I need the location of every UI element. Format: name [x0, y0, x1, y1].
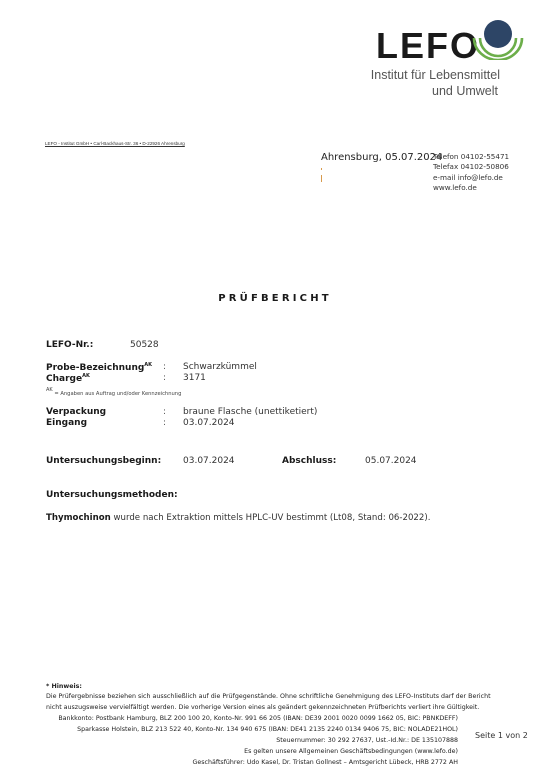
document-title: PRÜFBERICHT: [0, 293, 550, 304]
hinweis-line-2: nicht auszugsweise vervielfältigt werden…: [46, 702, 516, 713]
page-number: Seite 1 von 2: [475, 731, 528, 740]
beginn-value: 03.07.2024: [183, 456, 235, 466]
colon: :: [163, 362, 166, 372]
contact-fax: Telefax 04102-50806: [433, 162, 509, 172]
methoden-label: Untersuchungsmethoden:: [46, 490, 178, 500]
contact-website[interactable]: www.lefo.de: [433, 183, 509, 193]
mark-decoration: [321, 168, 322, 170]
ak-footnote: AK = Angaben aus Auftrag und/oder Kennze…: [46, 387, 181, 397]
sender-address-line: LEFO - Institut GmbH • Carl-Backhaus-Str…: [45, 141, 185, 146]
probe-label: Probe-BezeichnungAK: [46, 362, 152, 373]
abschluss-label: Abschluss:: [282, 456, 336, 466]
lefo-nr-label: LEFO-Nr.:: [46, 340, 93, 350]
agb-note: Es gelten unsere Allgemeinen Geschäftsbe…: [20, 746, 458, 757]
mark-decoration: [321, 175, 322, 182]
hinweis-line-1: Die Prüfergebnisse beziehen sich ausschl…: [46, 691, 516, 702]
contact-email[interactable]: e-mail info@lefo.de: [433, 173, 509, 183]
bank-sparkasse: Sparkasse Holstein, BLZ 213 522 40, Kont…: [20, 724, 458, 735]
colon: :: [163, 407, 166, 417]
verpackung-label: Verpackung: [46, 407, 106, 417]
logo-emblem-icon: [468, 18, 528, 60]
bank-postbank: Bankkonto: Postbank Hamburg, BLZ 200 100…: [20, 713, 458, 724]
tax-number: Steuernummer: 30 292 27637, Ust.-Id.Nr.:…: [20, 735, 458, 746]
abschluss-value: 05.07.2024: [365, 456, 417, 466]
city-date: Ahrensburg, 05.07.2024: [321, 152, 442, 163]
logo-wordmark: LEFO: [376, 26, 480, 66]
lefo-nr-value: 50528: [130, 340, 159, 350]
probe-value: Schwarzkümmel: [183, 362, 257, 372]
charge-label: ChargeAK: [46, 373, 90, 384]
management-note: Geschäftsführer: Udo Kasel, Dr. Tristan …: [20, 757, 458, 768]
contact-phone: Telefon 04102-55471: [433, 152, 509, 162]
logo-subtitle-1: Institut für Lebensmittel: [340, 67, 500, 83]
charge-value: 3171: [183, 373, 206, 383]
logo-subtitle-2: und Umwelt: [340, 83, 498, 99]
eingang-label: Eingang: [46, 418, 87, 428]
eingang-value: 03.07.2024: [183, 418, 235, 428]
beginn-label: Untersuchungsbeginn:: [46, 456, 161, 466]
methode-text: Thymochinon wurde nach Extraktion mittel…: [46, 513, 430, 523]
colon: :: [163, 418, 166, 428]
contact-block: Telefon 04102-55471 Telefax 04102-50806 …: [433, 152, 509, 193]
verpackung-value: braune Flasche (unettiketiert): [183, 407, 317, 417]
colon: :: [163, 373, 166, 383]
